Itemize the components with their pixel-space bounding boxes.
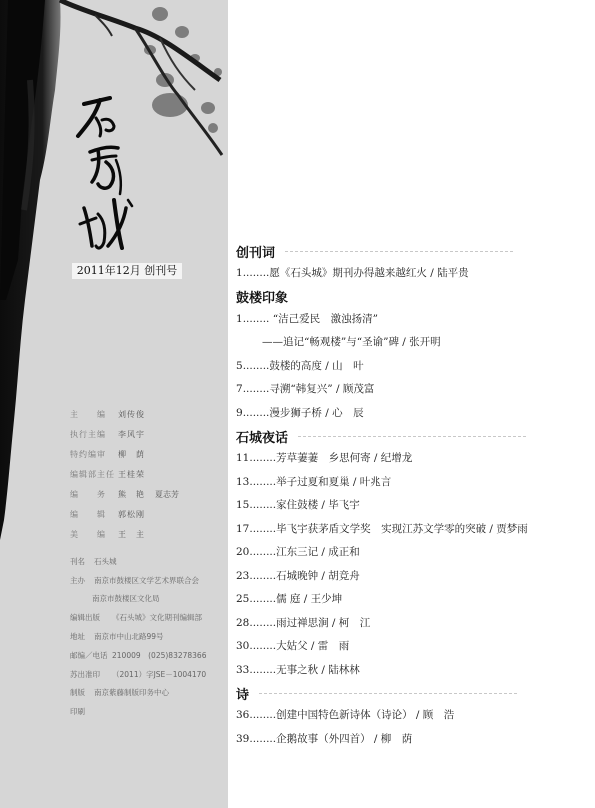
leader-dots: ........: [249, 570, 276, 582]
toc-entry[interactable]: 30........大姑父 / 雷 雨: [236, 635, 592, 659]
pub-row: 邮编／电话 210009 (025)83278366: [70, 646, 228, 665]
staff-name: 王桂荣: [118, 469, 145, 480]
issue-date-label: 2011年12月 创刊号: [72, 263, 182, 279]
entry-title: 寻溯“韩复兴” / 顾茂富: [269, 383, 374, 395]
cover-panel: 石头城 2011年12月 创刊号 主 编 刘传俊: [0, 0, 228, 808]
toc-entry[interactable]: 9........漫步狮子桥 / 心 辰: [236, 402, 592, 426]
toc-entry[interactable]: 23........石城晚钟 / 胡竞舟: [236, 565, 592, 589]
pub-value: 南京市鼓楼区文学艺术界联合会: [94, 575, 199, 586]
page-number: 1: [236, 267, 243, 279]
page-number: 9: [236, 407, 243, 419]
toc-entry[interactable]: 20........江东三记 / 成正和: [236, 541, 592, 565]
leader-dots: ........: [243, 407, 270, 419]
toc-entry[interactable]: 36........创建中国特色新诗体（诗论） / 顾 浩: [236, 704, 592, 728]
staff-role: 主 编: [70, 409, 118, 420]
pub-value: 南京市鼓楼区文化局: [92, 593, 160, 604]
entry-subtitle: ——追记“畅观楼”与“圣谕”碑 / 张开明: [262, 336, 441, 348]
toc-entry[interactable]: 15........家住鼓楼 / 毕飞宇: [236, 494, 592, 518]
pub-row: 地址 南京市中山北路99号: [70, 627, 228, 646]
page-number: 20: [236, 546, 249, 558]
toc-entry[interactable]: 1........ “洁己爱民 激浊扬清”: [236, 308, 592, 332]
leader-dots: ........: [249, 499, 276, 511]
section-heading: 鼓楼印象: [236, 286, 592, 308]
page-number: 5: [236, 360, 243, 372]
leader-dots: ........: [249, 733, 276, 745]
section-title: 鼓楼印象: [236, 287, 288, 306]
entry-title: 大姑父 / 雷 雨: [276, 640, 349, 652]
pub-row: 印刷: [70, 702, 228, 721]
leader-dots: ........: [249, 452, 276, 464]
pub-value: （2011）字JSE－1004170: [112, 669, 206, 680]
entry-title: 雨过禅思涧 / 柯 江: [276, 617, 370, 629]
staff-role: 编 务: [70, 489, 118, 500]
pub-label: 印刷: [70, 706, 90, 717]
staff-row: 美 编 王 主: [70, 524, 220, 544]
page-number: 1: [236, 313, 243, 325]
publication-info: 刊名 石头城 主办 南京市鼓楼区文学艺术界联合会 南京市鼓楼区文化局 编辑出版 …: [70, 552, 228, 721]
page-number: 15: [236, 499, 249, 511]
pub-row: 南京市鼓楼区文化局: [70, 590, 228, 609]
page-number: 11: [236, 452, 249, 464]
toc-entry[interactable]: 5........鼓楼的高度 / 山 叶: [236, 355, 592, 379]
pub-label: 刊名: [70, 556, 90, 567]
dashed-divider: [298, 436, 526, 437]
pub-value: 210009 (025)83278366: [112, 650, 206, 661]
page-number: 13: [236, 476, 249, 488]
title-calligraphy-shitoucheng: 石头城: [70, 90, 150, 260]
staff-name: 柳 荫: [118, 449, 145, 460]
page-number: 39: [236, 733, 249, 745]
section-title: 创刊词: [236, 242, 275, 261]
entry-title: 漫步狮子桥 / 心 辰: [269, 407, 363, 419]
leader-dots: ........: [249, 476, 276, 488]
toc-entry[interactable]: 13........举子过夏和夏巢 / 叶兆言: [236, 471, 592, 495]
staff-name: 郭松刚: [118, 509, 145, 520]
entry-title: 无事之秋 / 陆林林: [276, 664, 360, 676]
leader-dots: ........: [249, 664, 276, 676]
entry-title: 举子过夏和夏巢 / 叶兆言: [276, 476, 391, 488]
toc-entry[interactable]: 17........毕飞宇获茅盾文学奖 实现江苏文学零的突破 / 贾梦雨: [236, 518, 592, 542]
staff-name: 王 主: [118, 529, 145, 540]
entry-title: 毕飞宇获茅盾文学奖 实现江苏文学零的突破 / 贾梦雨: [276, 523, 528, 535]
toc-entry[interactable]: 25........儒 庭 / 王少坤: [236, 588, 592, 612]
staff-row: 编 务 熊 艳 夏志芳: [70, 484, 220, 504]
pub-value: 南京市中山北路99号: [94, 631, 164, 642]
staff-role: 美 编: [70, 529, 118, 540]
toc-entry[interactable]: 39........企鹅故事（外四首） / 柳 荫: [236, 728, 592, 752]
staff-row: 编 辑 郭松刚: [70, 504, 220, 524]
dashed-divider: [259, 693, 517, 694]
pub-row: 主办 南京市鼓楼区文学艺术界联合会: [70, 571, 228, 590]
entry-title: 石城晚钟 / 胡竞舟: [276, 570, 360, 582]
pub-label: 编辑出版: [70, 612, 108, 623]
entry-title: 江东三记 / 成正和: [276, 546, 360, 558]
staff-name: 熊 艳: [118, 489, 145, 500]
entry-title: 儒 庭 / 王少坤: [276, 593, 342, 605]
page-number: 36: [236, 709, 249, 721]
editorial-staff-list: 主 编 刘传俊 执行主编 李风宇 特约编审 柳 荫 编辑部主任 王桂荣 编 务 …: [70, 404, 220, 544]
section-heading: 创刊词: [236, 240, 592, 262]
toc-entry[interactable]: 33........无事之秋 / 陆林林: [236, 659, 592, 683]
page-number: 17: [236, 523, 249, 535]
section-title: 诗: [236, 684, 249, 703]
pub-label: 地址: [70, 631, 90, 642]
pub-row: 编辑出版 《石头城》文化期刊编辑部: [70, 608, 228, 627]
leader-dots: ........: [249, 523, 276, 535]
leader-dots: ........: [243, 383, 270, 395]
page-number: 33: [236, 664, 249, 676]
toc-entry[interactable]: 11........芳草萋萋 乡思何寄 / 纪增龙: [236, 447, 592, 471]
pub-label: 苏出准印: [70, 669, 108, 680]
page-number: 28: [236, 617, 249, 629]
staff-row: 编辑部主任 王桂荣: [70, 464, 220, 484]
pub-value: 石头城: [94, 556, 117, 567]
staff-name: 夏志芳: [155, 489, 179, 500]
entry-title: 创建中国特色新诗体（诗论） / 顾 浩: [276, 709, 454, 721]
toc-entry[interactable]: 7........寻溯“韩复兴” / 顾茂富: [236, 378, 592, 402]
leader-dots: ........: [249, 617, 276, 629]
section-title: 石城夜话: [236, 427, 288, 446]
pub-row: 制版 南京紫藤制版印务中心: [70, 684, 228, 703]
page-number: 25: [236, 593, 249, 605]
page-number: 7: [236, 383, 243, 395]
pub-label: 邮编／电话: [70, 650, 108, 661]
dashed-divider: [285, 251, 513, 252]
leader-dots: ........: [249, 593, 276, 605]
staff-role: 特约编审: [70, 449, 118, 460]
leader-dots: ........: [243, 267, 270, 279]
leader-dots: ........: [243, 313, 270, 325]
entry-title: 家住鼓楼 / 毕飞宇: [276, 499, 360, 511]
section-heading: 石城夜话: [236, 425, 592, 447]
leader-dots: ........: [249, 546, 276, 558]
toc-entry[interactable]: 28........雨过禅思涧 / 柯 江: [236, 612, 592, 636]
toc-entry-subtitle[interactable]: ——追记“畅观楼”与“圣谕”碑 / 张开明: [236, 331, 592, 355]
pub-row: 刊名 石头城: [70, 552, 228, 571]
staff-name: 刘传俊: [118, 409, 145, 420]
table-of-contents: 创刊词 1........愿《石头城》期刊办得越来越红火 / 陆平贵 鼓楼印象 …: [236, 240, 592, 751]
leader-dots: ........: [243, 360, 270, 372]
staff-role: 执行主编: [70, 429, 118, 440]
entry-title: 企鹅故事（外四首） / 柳 荫: [276, 733, 412, 745]
entry-title: 愿《石头城》期刊办得越来越红火 / 陆平贵: [269, 267, 468, 279]
pub-value: 《石头城》文化期刊编辑部: [112, 612, 202, 623]
entry-title: 芳草萋萋 乡思何寄 / 纪增龙: [276, 452, 412, 464]
page-number: 30: [236, 640, 249, 652]
entry-title: 鼓楼的高度 / 山 叶: [269, 360, 363, 372]
toc-entry[interactable]: 1........愿《石头城》期刊办得越来越红火 / 陆平贵: [236, 262, 592, 286]
pub-label: 制版: [70, 687, 90, 698]
entry-title: “洁己爱民 激浊扬清”: [269, 313, 378, 325]
staff-row: 主 编 刘传俊: [70, 404, 220, 424]
staff-name: 李风宇: [118, 429, 145, 440]
staff-row: 执行主编 李风宇: [70, 424, 220, 444]
pub-row: 苏出准印 （2011）字JSE－1004170: [70, 665, 228, 684]
leader-dots: ........: [249, 709, 276, 721]
page-number: 23: [236, 570, 249, 582]
pub-value: 南京紫藤制版印务中心: [94, 687, 169, 698]
leader-dots: ........: [249, 640, 276, 652]
section-heading: 诗: [236, 682, 592, 704]
staff-role: 编 辑: [70, 509, 118, 520]
staff-role: 编辑部主任: [70, 469, 118, 480]
pub-label: 主办: [70, 575, 90, 586]
staff-row: 特约编审 柳 荫: [70, 444, 220, 464]
